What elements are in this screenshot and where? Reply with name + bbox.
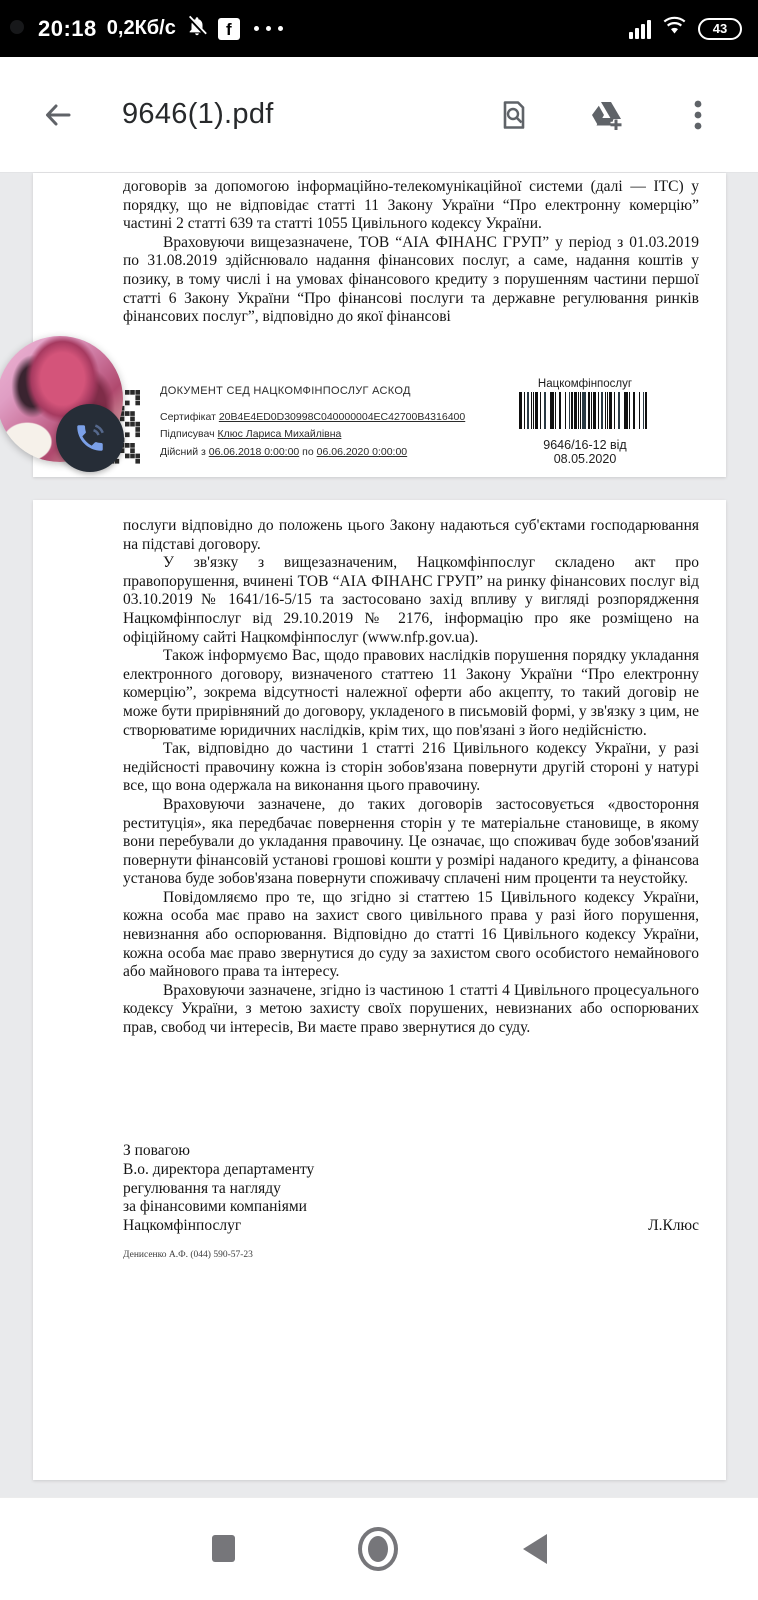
camera-punch-hole — [10, 20, 24, 34]
android-nav-bar — [0, 1497, 758, 1600]
call-badge[interactable] — [56, 404, 124, 472]
signature-title: ДОКУМЕНТ СЕД НАЦКОМФІНПОСЛУГ АСКОД — [160, 383, 465, 401]
paragraph: Повідомляємо про те, що згідно зі статте… — [123, 889, 699, 982]
paragraph: У зв'язку з вищезазначеним, Нацкомфінпос… — [123, 554, 699, 647]
page1-text: договорів за допомогою інформаційно-теле… — [33, 173, 726, 327]
paragraph: Враховуючи вищезазначене, ТОВ “АІА ФІНАН… — [123, 234, 699, 327]
pdf-viewer-toolbar: 9646(1).pdf — [0, 57, 758, 173]
signoff-line: за фінансовими компаніями — [123, 1198, 699, 1217]
back-triangle-icon[interactable] — [523, 1534, 547, 1564]
back-button[interactable] — [36, 93, 80, 137]
paragraph: Враховуючи зазначене, до таких договорів… — [123, 796, 699, 889]
ellipsis-icon — [254, 26, 283, 31]
status-time: 20:18 — [38, 16, 97, 42]
battery-icon: 43 — [698, 18, 742, 40]
signer-value: Клюс Лариса Михайлівна — [218, 428, 342, 440]
back-arrow-icon — [41, 98, 75, 132]
overflow-menu-icon — [693, 98, 703, 132]
signatory-name: Л.Клюс — [648, 1217, 699, 1236]
certificate-value: 20B4E4ED0D30998C040000004EC42700B4316400 — [219, 411, 465, 423]
bell-muted-icon — [186, 15, 208, 42]
facebook-icon: f — [218, 18, 240, 40]
paragraph: Враховуючи зазначене, згідно із частиною… — [123, 982, 699, 1038]
document-title: 9646(1).pdf — [122, 98, 274, 131]
paragraph: Так, відповідно до частини 1 статті 216 … — [123, 740, 699, 796]
barcode-label: Нацкомфінпослуг — [515, 378, 655, 390]
executor-contact: Денисенко А.Ф. (044) 590-57-23 — [123, 1250, 253, 1260]
signer-line: Підписувач Клюс Лариса Михайлівна — [160, 426, 465, 444]
barcode-icon — [519, 392, 651, 429]
wifi-icon — [662, 16, 687, 41]
status-bar: 20:18 0,2Кб/с f 43 — [0, 0, 758, 57]
signoff-line: В.о. директора департаменту — [123, 1161, 699, 1180]
drive-add-icon — [588, 98, 624, 132]
valid-to: 06.06.2020 0:00:00 — [317, 446, 408, 458]
certificate-line: Сертифікат 20B4E4ED0D30998C040000004EC42… — [160, 409, 465, 427]
paragraph: послуги відповідно до положень цього Зак… — [123, 517, 699, 554]
signoff-line: Нацкомфінпослуг — [123, 1217, 699, 1236]
signal-icon — [629, 19, 651, 39]
validity-line: Дійсний з 06.06.2018 0:00:00 по 06.06.20… — [160, 444, 465, 462]
valid-from: 06.06.2018 0:00:00 — [209, 446, 300, 458]
add-to-drive-button[interactable] — [586, 95, 626, 135]
network-speed: 0,2Кб/с — [107, 17, 176, 40]
battery-percent: 43 — [713, 21, 727, 36]
pdf-page-2: послуги відповідно до положень цього Зак… — [33, 500, 726, 1480]
signoff-line: З повагою — [123, 1142, 699, 1161]
call-icon — [73, 421, 107, 455]
overflow-menu-button[interactable] — [678, 95, 718, 135]
signoff-block: З повагою В.о. директора департаменту ре… — [123, 1142, 699, 1236]
paragraph: Також інформуємо Вас, щодо правових насл… — [123, 647, 699, 740]
paragraph: договорів за допомогою інформаційно-теле… — [123, 178, 699, 234]
page2-text: послуги відповідно до положень цього Зак… — [33, 500, 726, 1038]
digital-signature-block: ДОКУМЕНТ СЕД НАЦКОМФІНПОСЛУГ АСКОД Серти… — [160, 383, 465, 461]
search-in-document-icon — [497, 98, 531, 132]
recents-square-icon[interactable] — [212, 1535, 235, 1562]
barcode-block: Нацкомфінпослуг 9646/16-12 від 08.05.202… — [515, 378, 655, 466]
pdf-page-1: договорів за допомогою інформаційно-теле… — [33, 173, 726, 477]
home-circle-icon[interactable] — [358, 1527, 398, 1571]
barcode-number: 9646/16-12 від 08.05.2020 — [515, 438, 655, 466]
signoff-line: регулювання та нагляду — [123, 1180, 699, 1199]
search-in-document-button[interactable] — [494, 95, 534, 135]
